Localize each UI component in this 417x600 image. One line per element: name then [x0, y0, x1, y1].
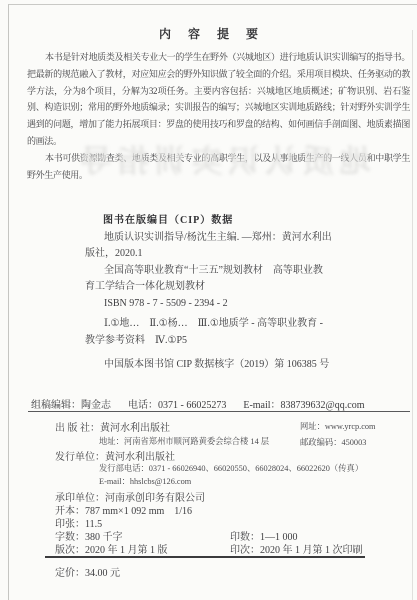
cip-series-line1: 全国高等职业教育“十三五”规划教材 高等职业教 — [85, 263, 381, 280]
publisher-address: 地址：河南省郑州市顺河路黄委会综合楼 14 层 — [99, 435, 269, 447]
distributor-name: 发行单位：黄河水利出版社 — [55, 448, 175, 463]
publisher-name: 出 版 社：黄河水利出版社 — [55, 419, 170, 434]
page-edge-left — [8, 4, 9, 600]
publisher-postcode: 邮政编码：450003 — [300, 436, 366, 448]
publisher-website: 网址：www.yrcp.com — [300, 420, 376, 432]
divider-rule-top — [28, 411, 410, 412]
cip-classification-line1: Ⅰ.①地… Ⅱ.①杨… Ⅲ.①地质学 - 高等职业教育 - — [85, 316, 381, 333]
summary-paragraph-1: 本书是针对地质类及相关专业大一的学生在野外（兴城地区）进行地质认识实训编写的指导… — [27, 49, 410, 150]
acquisition-editor: 组稿编辑：陶金志 — [31, 396, 111, 411]
page-edge-right — [412, 30, 413, 600]
content-summary-title: 内 容 提 要 — [0, 25, 417, 42]
distribution-email: E-mail：hhslcbs@126.com — [99, 475, 191, 487]
divider-rule-bottom — [45, 556, 365, 558]
acquisition-editor-row: 组稿编辑：陶金志 电话：0371 - 66025273 E-mail：83873… — [31, 396, 409, 411]
cip-title-statement-line1: 地质认识实训指导/杨沈生主编. —郑州：黄河水利出 — [85, 230, 381, 247]
distribution-phone: 发行部电话：0371 - 66026940、66020550、66028024、… — [99, 462, 363, 474]
cip-isbn: ISBN 978 - 7 - 5509 - 2394 - 2 — [85, 296, 381, 313]
edition-info: 版次：2020 年 1 月第 1 版 — [55, 541, 168, 556]
cip-record-number: 中国版本图书馆 CIP 数据核字（2019）第 106385 号 — [85, 357, 381, 374]
cip-title-statement-line2: 版社，2020.1 — [85, 246, 381, 263]
cip-title: 图书在版编目（CIP）数据 — [85, 213, 381, 230]
page-edge-top — [9, 4, 417, 5]
cip-data-block: 图书在版编目（CIP）数据 地质认识实训指导/杨沈生主编. —郑州：黄河水利出 … — [85, 213, 381, 374]
show-through-ghost-text: 地质认识实训指导 — [50, 136, 395, 181]
cip-classification-line2: 教学参考资料 Ⅳ.①P5 — [85, 333, 381, 350]
book-copyright-page: 内 容 提 要 本书是针对地质类及相关专业大一的学生在野外（兴城地区）进行地质认… — [0, 0, 417, 600]
editor-email: E-mail：838739632@qq.com — [243, 396, 364, 411]
price: 定价：34.00 元 — [55, 564, 120, 579]
cip-series-line2: 育工学结合一体化规划教材 — [85, 279, 381, 296]
editor-phone: 电话：0371 - 66025273 — [128, 396, 226, 411]
impression-info: 印次：2020 年 1 月第 1 次印刷 — [230, 541, 363, 556]
